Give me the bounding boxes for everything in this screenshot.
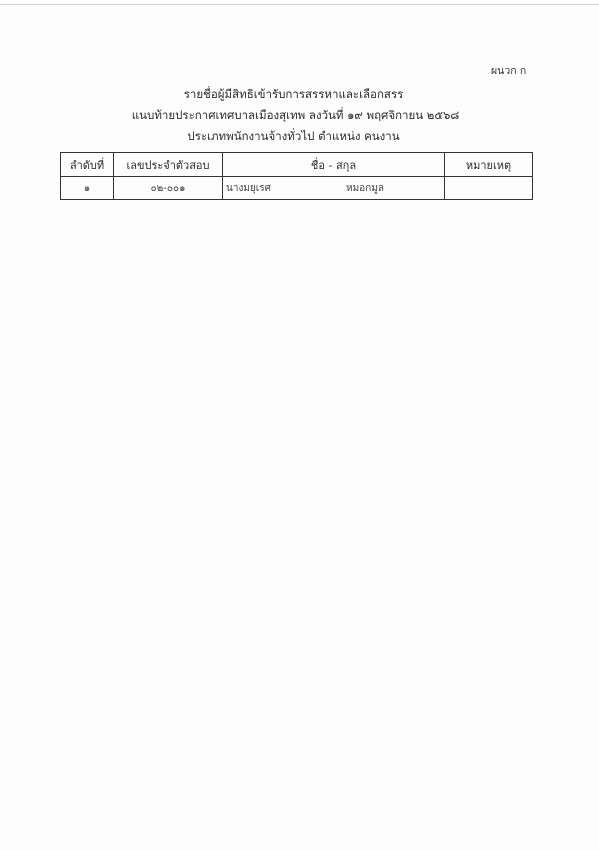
last-name: หมอกมูล	[346, 181, 384, 196]
cell-full-name: นางมยุเรศหมอกมูล	[223, 177, 445, 200]
annex-label: ผนวก ก	[491, 62, 526, 79]
header-remark: หมายเหตุ	[445, 153, 533, 177]
header-order: ลำดับที่	[61, 153, 114, 177]
first-name: นางมยุเรศ	[226, 181, 346, 196]
cell-exam-id: ๐๒-๐๐๑	[114, 177, 223, 200]
table-header-row: ลำดับที่ เลขประจำตัวสอบ ชื่อ - สกุล หมาย…	[61, 153, 533, 177]
table-row: ๑ ๐๒-๐๐๑ นางมยุเรศหมอกมูล	[61, 177, 533, 200]
document-subtitle-announcement: แนบท้ายประกาศเทศบาลเมืองสุเทพ ลงวันที่ ๑…	[0, 107, 595, 125]
candidate-list-table: ลำดับที่ เลขประจำตัวสอบ ชื่อ - สกุล หมาย…	[60, 152, 533, 200]
cell-order: ๑	[61, 177, 114, 200]
cell-remark	[445, 177, 533, 200]
document-title: รายชื่อผู้มีสิทธิเข้ารับการสรรหาและเลือก…	[0, 86, 593, 104]
header-exam-id: เลขประจำตัวสอบ	[114, 153, 223, 177]
header-full-name: ชื่อ - สกุล	[223, 153, 445, 177]
scan-artifact-line	[0, 4, 599, 5]
document-subtitle-position: ประเภทพนักงานจ้างทั่วไป ตำแหน่ง คนงาน	[0, 128, 593, 146]
